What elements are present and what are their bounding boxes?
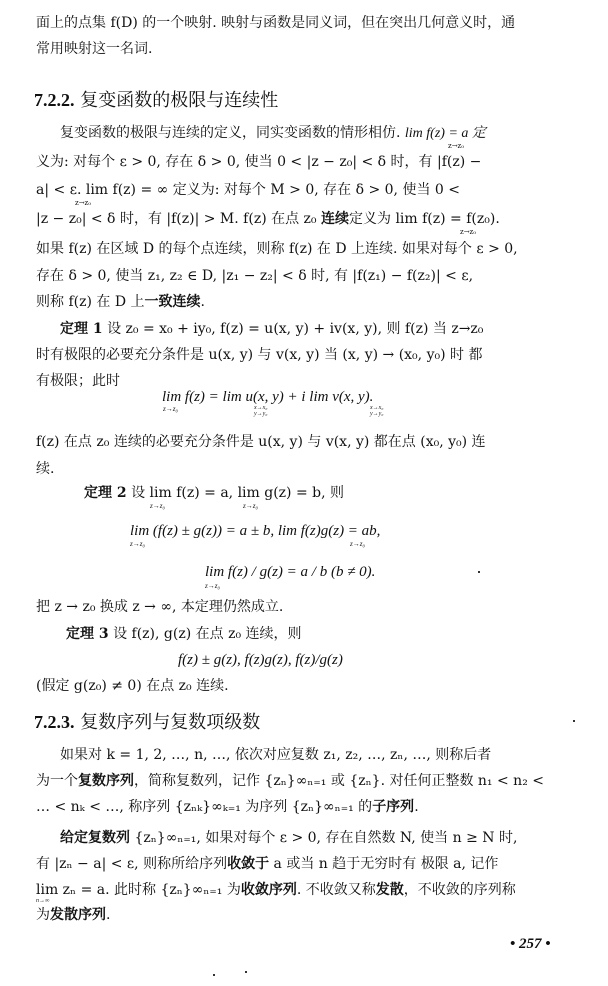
formula-theorem-3: f(z) ± g(z), f(z)g(z), f(z)/g(z)	[178, 651, 343, 669]
paragraph-line: 义为: 对每个 ε > 0, 存在 δ > 0, 使当 0 < |z − z₀|…	[36, 153, 481, 171]
text: a 或当 n 趋于无穷时有 极限 a, 记作	[269, 856, 498, 872]
term-divergent-sequence: 发散序列	[50, 907, 106, 923]
lim-subscript: y→y₀	[254, 411, 267, 418]
text: lim zₙ = a. 此时称 {zₙ}∞ₙ₌₁ 为	[36, 882, 241, 898]
text: .	[201, 294, 205, 310]
intro-line-1: 面上的点集 f(D) 的一个映射. 映射与函数是同义词，但在突出几何意义时，通	[36, 14, 515, 32]
intro-line-2: 常用映射这一名词.	[36, 40, 152, 58]
lim-subscript: z→z₀	[243, 502, 258, 510]
lim-subscript: z→z₀	[150, 502, 165, 510]
paragraph-line: f(z) 在点 z₀ 连续的必要充分条件是 u(x, y) 与 v(x, y) …	[36, 433, 486, 451]
term-divergence: 发散	[376, 882, 404, 898]
section-title: 复数序列与复数项级数	[80, 712, 260, 733]
text: . 不收敛又称	[297, 882, 376, 898]
lim-subscript: z→z₀	[460, 228, 476, 236]
paragraph-line: 复变函数的极限与连续的定义，同实变函数的情形相仿. lim f(z) = a 定	[60, 124, 486, 143]
text: 则称 f(z) 在 D 上	[36, 294, 145, 310]
text: 设 lim f(z) = a, lim g(z) = b, 则	[131, 485, 344, 501]
paragraph-line: 给定复数列 {zₙ}∞ₙ₌₁, 如果对每个 ε > 0, 存在自然数 N, 使当…	[60, 829, 517, 847]
lim-subscript: y→y₀	[370, 411, 383, 418]
paragraph-line: 有 |zₙ − a| < ε, 则称所给序列收敛于 a 或当 n 趋于无穷时有 …	[36, 855, 498, 873]
text: … < nₖ < …, 称序列 {zₙₖ}∞ₖ₌₁ 为序列 {zₙ}∞ₙ₌₁ 的	[36, 799, 372, 815]
theorem-1: 定理 1 设 z₀ = x₀ + iy₀, f(z) = u(x, y) + i…	[60, 320, 483, 338]
paragraph-line: 时有极限的必要充分条件是 u(x, y) 与 v(x, y) 当 (x, y) …	[36, 346, 482, 364]
math-inline: lim f(z) = a 定	[405, 126, 486, 141]
term-convergent-sequence: 收敛序列	[241, 882, 297, 898]
term-continuous: 连续	[321, 211, 349, 227]
section-number: 7.2.2.	[34, 90, 75, 110]
scan-speck	[213, 974, 215, 976]
paragraph-line: a| < ε. lim f(z) = ∞ 定义为: 对每个 M > 0, 存在 …	[36, 181, 460, 199]
formula-theorem-1: lim f(z) = lim u(x, y) + i lim v(x, y).	[162, 388, 373, 406]
lim-subscript: z→z₀	[205, 582, 220, 590]
text: 为	[36, 907, 50, 923]
formula-theorem-2-a: lim (f(z) ± g(z)) = a ± b, lim f(z)g(z) …	[130, 522, 380, 540]
lim-subscript: z→z₀	[75, 199, 91, 207]
paragraph-line: 续.	[36, 460, 54, 478]
text: 设 f(z), g(z) 在点 z₀ 连续，则	[113, 626, 301, 642]
text: .	[106, 907, 110, 923]
paragraph-line: (假定 g(z₀) ≠ 0) 在点 z₀ 连续.	[36, 677, 229, 695]
theorem-label: 定理 2	[84, 485, 127, 501]
theorem-3: 定理 3 设 f(z), g(z) 在点 z₀ 连续，则	[66, 625, 302, 643]
paragraph-line: 则称 f(z) 在 D 上一致连续.	[36, 293, 205, 311]
term-complex-sequence: 复数序列	[78, 773, 134, 789]
text: 复变函数的极限与连续的定义，同实变函数的情形相仿.	[60, 125, 405, 141]
paragraph-line: 把 z → z₀ 换成 z → ∞, 本定理仍然成立.	[36, 598, 283, 616]
paragraph-line: … < nₖ < …, 称序列 {zₙₖ}∞ₖ₌₁ 为序列 {zₙ}∞ₙ₌₁ 的…	[36, 798, 419, 816]
theorem-label: 定理 3	[66, 626, 109, 642]
text: ，不收敛的序列称	[404, 882, 516, 898]
theorem-2: 定理 2 设 lim f(z) = a, lim g(z) = b, 则	[84, 484, 344, 502]
paragraph-line: 为一个复数序列，简称复数列，记作 {zₙ}∞ₙ₌₁ 或 {zₙ}. 对任何正整数…	[36, 772, 544, 790]
text: 为一个	[36, 773, 78, 789]
lim-subscript: z→z₀	[350, 540, 365, 548]
section-title: 复变函数的极限与连续性	[80, 90, 278, 111]
text: 设 z₀ = x₀ + iy₀, f(z) = u(x, y) + iv(x, …	[107, 321, 483, 337]
paragraph-line: |z − z₀| < δ 时，有 |f(z)| > M. f(z) 在点 z₀ …	[36, 210, 500, 228]
lim-subscript: z→z₀	[448, 142, 464, 150]
text: 有 |zₙ − a| < ε, 则称所给序列	[36, 856, 227, 872]
text: .	[414, 799, 418, 815]
lim-subscript: z→z₀	[163, 405, 178, 413]
text: {zₙ}∞ₙ₌₁, 如果对每个 ε > 0, 存在自然数 N, 使当 n ≥ N…	[130, 830, 517, 846]
paragraph-line: lim zₙ = a. 此时称 {zₙ}∞ₙ₌₁ 为收敛序列. 不收敛又称发散，…	[36, 881, 516, 899]
text: 定义为 lim f(z) = f(z₀).	[349, 211, 500, 227]
paragraph-line: 为发散序列.	[36, 906, 110, 924]
paragraph-line: 如果 f(z) 在区域 D 的每个点连续，则称 f(z) 在 D 上连续. 如果…	[36, 240, 518, 258]
paragraph-line: 如果对 k = 1, 2, …, n, …, 依次对应复数 z₁, z₂, …,…	[60, 746, 491, 764]
section-heading-7-2-2: 7.2.2. 复变函数的极限与连续性	[34, 89, 278, 112]
section-heading-7-2-3: 7.2.3. 复数序列与复数项级数	[34, 711, 260, 734]
paragraph-line: 存在 δ > 0, 使当 z₁, z₂ ∈ D, |z₁ − z₂| < δ 时…	[36, 267, 473, 285]
section-number: 7.2.3.	[34, 712, 75, 732]
formula-theorem-2-b: lim f(z) / g(z) = a / b (b ≠ 0).	[205, 563, 375, 581]
paragraph-line: 有极限；此时	[36, 372, 120, 390]
term-converges-to: 收敛于	[227, 856, 269, 872]
page-number: • 257 •	[510, 936, 551, 953]
scan-speck	[573, 720, 575, 722]
term-subsequence: 子序列	[372, 799, 414, 815]
text: |z − z₀| < δ 时，有 |f(z)| > M. f(z) 在点 z₀	[36, 211, 321, 227]
lim-subscript: n→∞	[36, 898, 49, 905]
theorem-label: 定理 1	[60, 321, 103, 337]
term-given-sequence: 给定复数列	[60, 830, 130, 846]
scan-speck	[245, 971, 247, 973]
term-uniformly-continuous: 一致连续	[145, 294, 201, 310]
scan-speck	[478, 571, 480, 573]
text: ，简称复数列，记作 {zₙ}∞ₙ₌₁ 或 {zₙ}. 对任何正整数 n₁ < n…	[134, 773, 544, 789]
lim-subscript: z→z₀	[130, 540, 145, 548]
